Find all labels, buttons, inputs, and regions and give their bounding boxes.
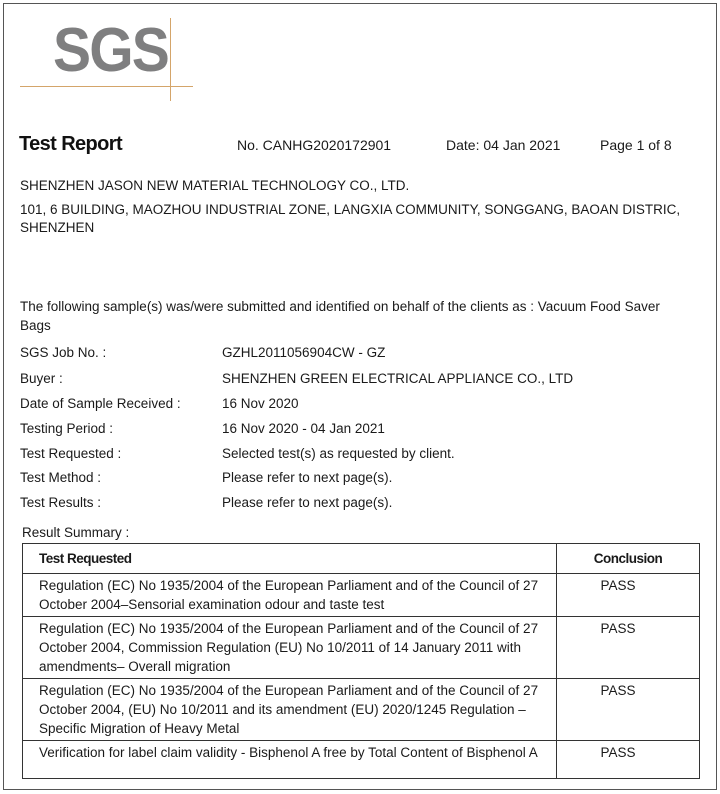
intro-line1: The following sample(s) was/were submitt…: [20, 299, 660, 314]
conclusion-cell: PASS: [557, 741, 700, 779]
logo-vertical-rule: [170, 18, 171, 101]
test-requested-cell: Regulation (EC) No 1935/2004 of the Euro…: [23, 679, 557, 741]
conclusion-cell: PASS: [557, 679, 700, 741]
applicant-name: SHENZHEN JASON NEW MATERIAL TECHNOLOGY C…: [20, 178, 409, 193]
field-value: 16 Nov 2020 - 04 Jan 2021: [222, 421, 385, 436]
page-number: Page 1 of 8: [600, 137, 672, 153]
result-summary-table: Test Requested Conclusion Regulation (EC…: [22, 543, 700, 779]
table-row: Regulation (EC) No 1935/2004 of the Euro…: [23, 679, 700, 741]
test-requested-cell: Verification for label claim validity - …: [23, 741, 557, 779]
field-label: SGS Job No. :: [20, 345, 106, 360]
column-header-test-requested: Test Requested: [23, 544, 557, 574]
test-requested-cell: Regulation (EC) No 1935/2004 of the Euro…: [23, 617, 557, 679]
conclusion-cell: PASS: [557, 574, 700, 617]
table-row: Regulation (EC) No 1935/2004 of the Euro…: [23, 574, 700, 617]
report-date: Date: 04 Jan 2021: [446, 137, 560, 153]
field-value: Please refer to next page(s).: [222, 470, 392, 485]
result-summary-label: Result Summary :: [22, 525, 129, 540]
table-header-row: Test Requested Conclusion: [23, 544, 700, 574]
report-number: No. CANHG2020172901: [237, 137, 391, 153]
table-row: Verification for label claim validity - …: [23, 741, 700, 779]
applicant-address-line2: SHENZHEN: [20, 220, 94, 235]
sgs-logo-text: SGS: [53, 20, 168, 82]
field-label: Test Method :: [20, 470, 101, 485]
report-title: Test Report: [19, 133, 122, 156]
intro-line2: Bags: [20, 318, 51, 333]
field-value: Selected test(s) as requested by client.: [222, 446, 455, 461]
field-label: Test Requested :: [20, 446, 121, 461]
field-value: SHENZHEN GREEN ELECTRICAL APPLIANCE CO.,…: [222, 371, 573, 386]
applicant-address-line1: 101, 6 BUILDING, MAOZHOU INDUSTRIAL ZONE…: [20, 202, 680, 217]
sgs-logo: SGS: [20, 18, 195, 100]
field-value: 16 Nov 2020: [222, 396, 299, 411]
table-row: Regulation (EC) No 1935/2004 of the Euro…: [23, 617, 700, 679]
column-header-conclusion: Conclusion: [557, 544, 700, 574]
field-value: GZHL2011056904CW - GZ: [222, 345, 385, 360]
conclusion-cell: PASS: [557, 617, 700, 679]
field-label: Date of Sample Received :: [20, 396, 181, 411]
field-label: Test Results :: [20, 495, 101, 510]
field-value: Please refer to next page(s).: [222, 495, 392, 510]
test-requested-cell: Regulation (EC) No 1935/2004 of the Euro…: [23, 574, 557, 617]
logo-horizontal-rule: [20, 86, 193, 87]
field-label: Testing Period :: [20, 421, 113, 436]
field-label: Buyer :: [20, 371, 63, 386]
